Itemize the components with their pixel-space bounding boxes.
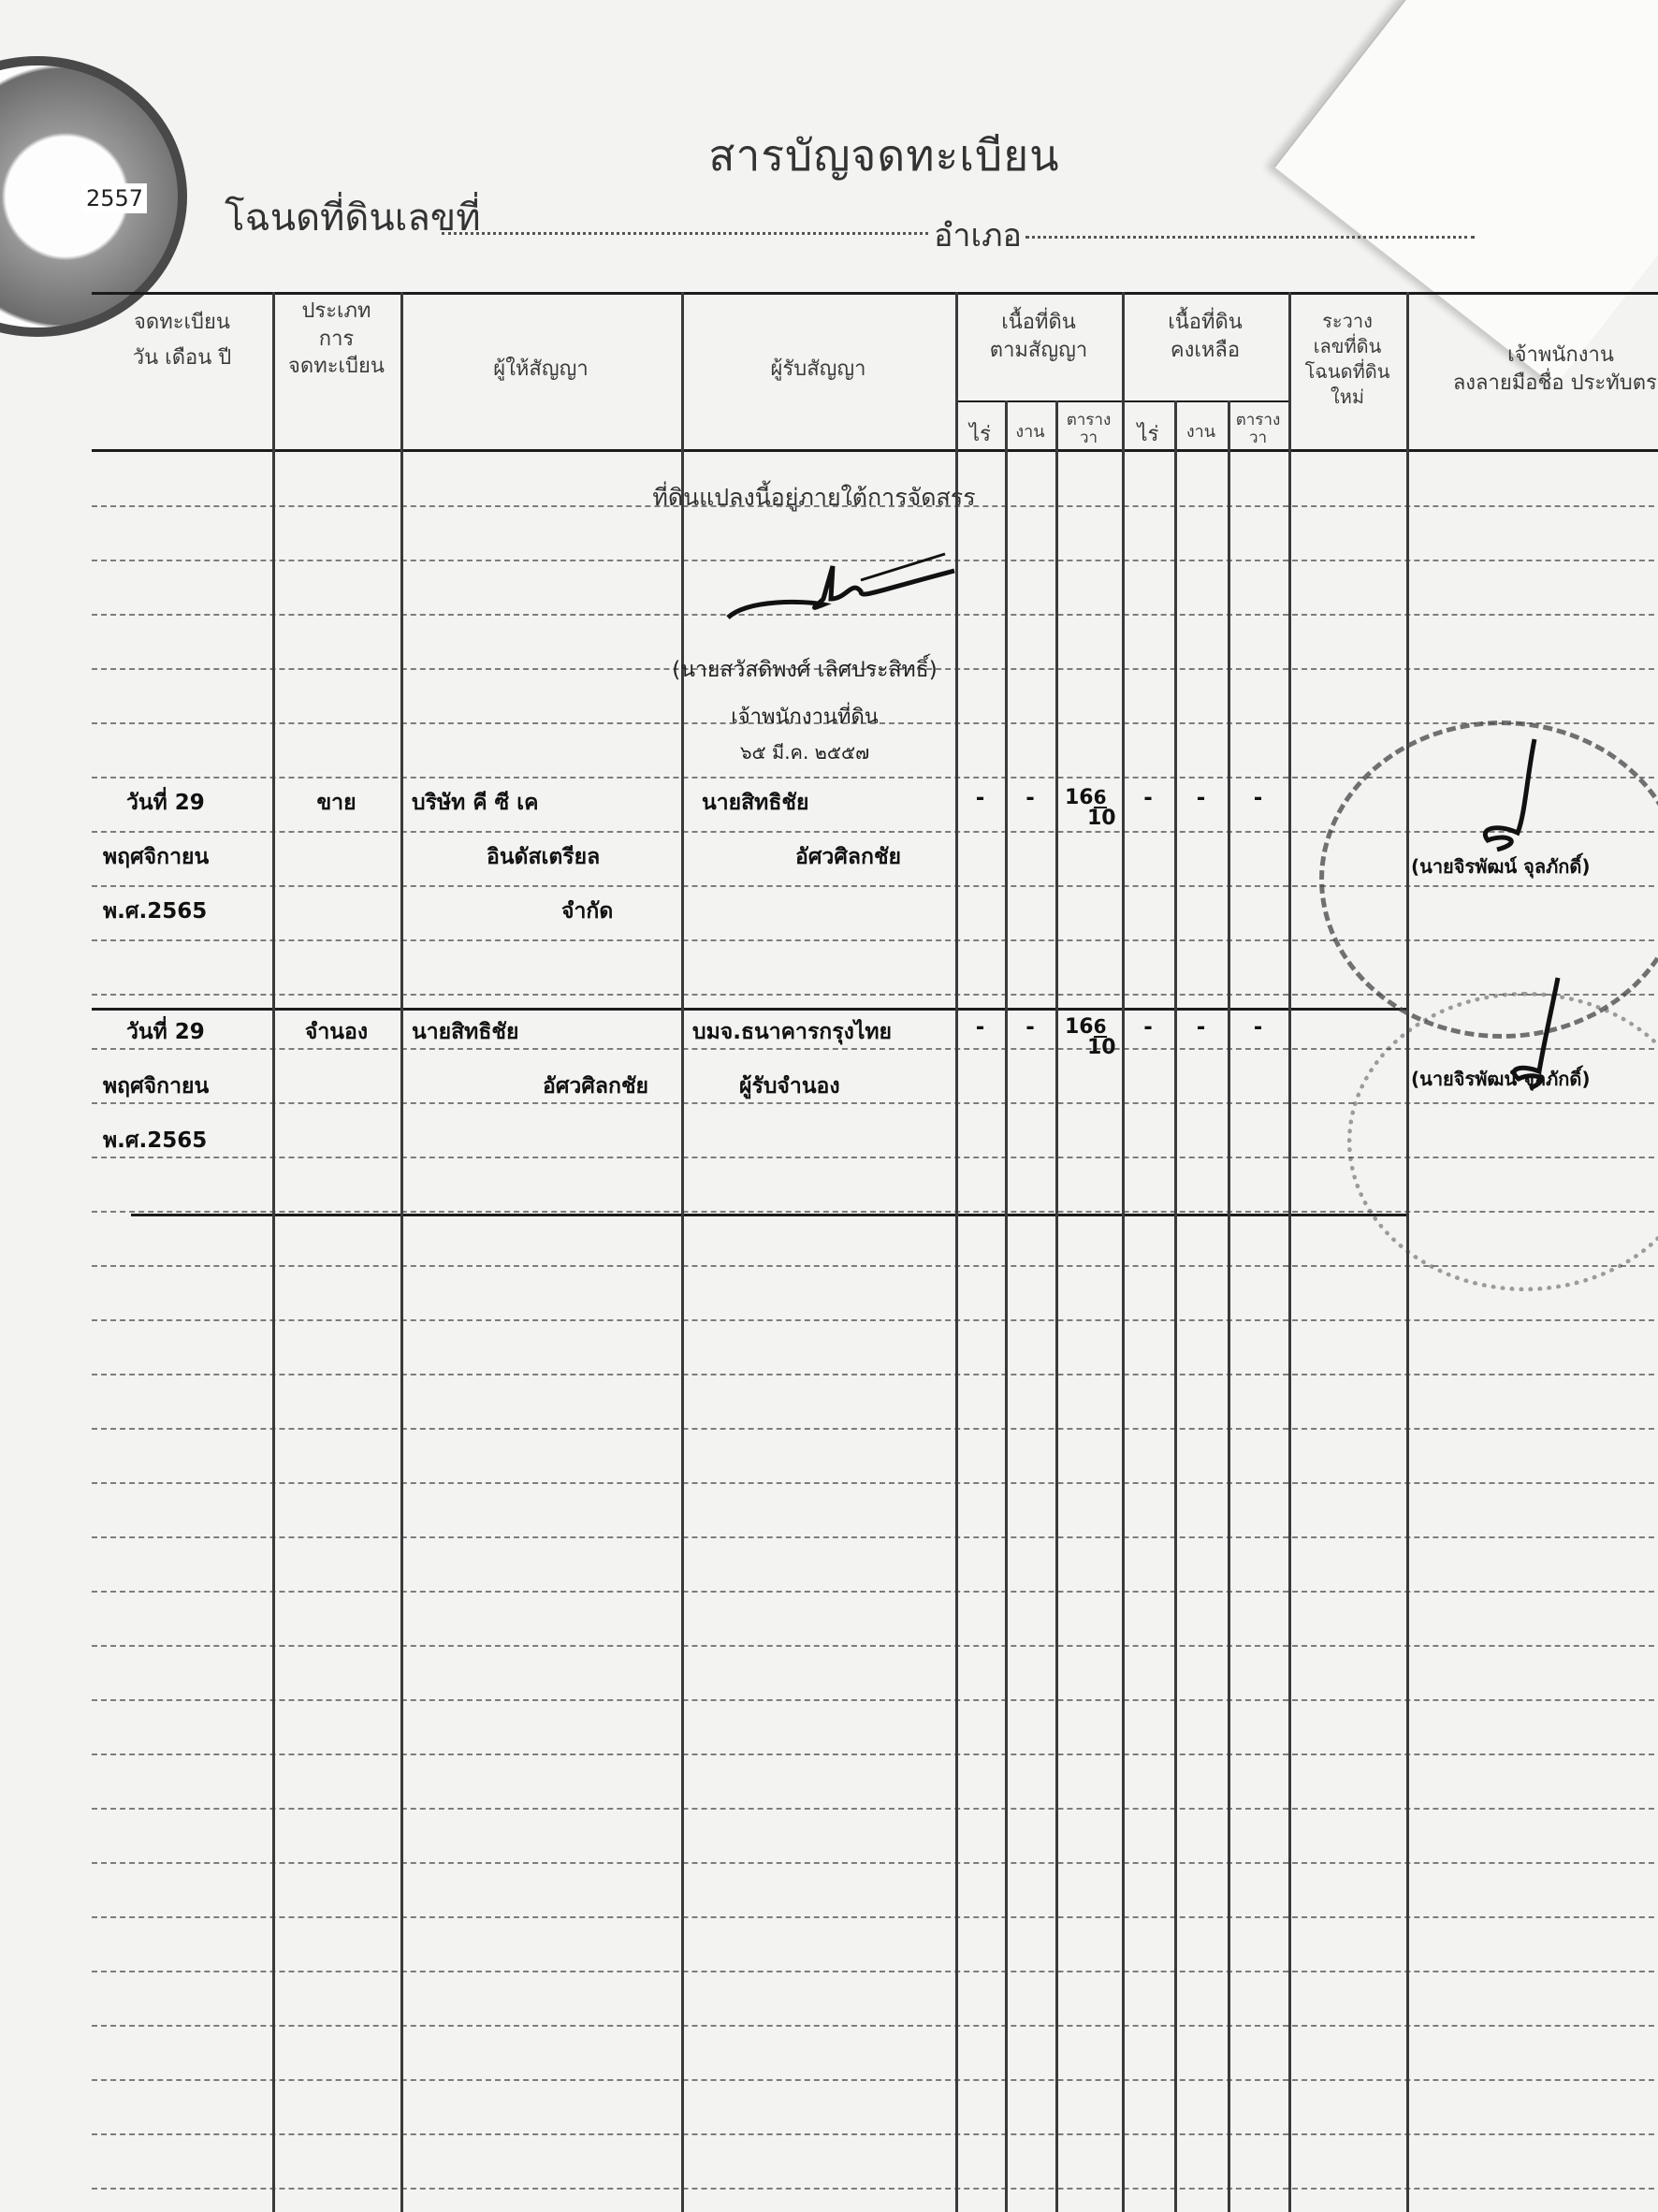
col-header-plot-line1: ระวาง bbox=[1288, 309, 1406, 334]
allocation-note: ที่ดินแปลงนี้อยู่ภายใต้การจัดสรร bbox=[618, 479, 1011, 517]
col-header-officer: เจ้าพนักงาน ลงลายมือชื่อ ประทับตรา bbox=[1406, 342, 1658, 397]
unit-rai-contract: ไร่ bbox=[955, 421, 1005, 449]
entry-area-rai: - bbox=[955, 786, 1005, 810]
column-divider bbox=[1122, 292, 1125, 2212]
unit-rai-remaining: ไร่ bbox=[1122, 421, 1174, 449]
col-header-date-line1: จดทะเบียน bbox=[92, 309, 272, 337]
ruled-line bbox=[92, 2079, 1658, 2081]
entry-remaining-wa: - bbox=[1228, 786, 1288, 810]
col-header-type-line3: จดทะเบียน bbox=[272, 353, 400, 381]
entry-remaining-ngan: - bbox=[1174, 786, 1228, 810]
ruled-line bbox=[92, 1591, 1658, 1593]
header-bottom-border bbox=[92, 449, 1658, 452]
entry-area-wa: 16610 bbox=[1065, 1017, 1116, 1058]
ruled-line bbox=[92, 2188, 1658, 2190]
deed-number-field bbox=[442, 232, 928, 235]
entry-date: พฤศจิกายน bbox=[103, 1070, 209, 1103]
entry-date: พ.ศ.2565 bbox=[103, 895, 207, 928]
column-divider bbox=[681, 292, 684, 2212]
entry-grantor: นายสิทธิชัย bbox=[412, 1015, 518, 1049]
ruled-line bbox=[92, 1482, 1658, 1484]
column-divider bbox=[400, 292, 403, 2212]
entry-remaining-ngan: - bbox=[1174, 1015, 1228, 1040]
column-divider bbox=[1055, 400, 1058, 2212]
col-header-type-line1: ประเภท bbox=[272, 298, 400, 326]
ruled-line bbox=[92, 1645, 1658, 1647]
col-header-type-line2: การ bbox=[272, 326, 400, 354]
district-field bbox=[1025, 236, 1475, 239]
col-header-plot: ระวาง เลขที่ดิน โฉนดที่ดิน ใหม่ bbox=[1288, 309, 1406, 410]
entry-grantee: อัศวศิลกชัย bbox=[795, 840, 901, 874]
wa-fraction-numerator: 6 bbox=[1094, 1017, 1107, 1038]
land-officer-date: ๖๕ มี.ค. ๒๕๕๗ bbox=[636, 737, 973, 767]
unit-ngan-remaining: งาน bbox=[1174, 421, 1228, 444]
entry-remaining-wa: - bbox=[1228, 1015, 1288, 1040]
entry-grantee: นายสิทธิชัย bbox=[702, 786, 808, 820]
page-title: สารบัญจดทะเบียน bbox=[0, 122, 1658, 190]
entry-grantor: บริษัท คี ซี เค bbox=[412, 786, 539, 820]
entry-date: วันที่ 29 bbox=[126, 1015, 205, 1049]
wa-fraction-denominator: 10 bbox=[1087, 1038, 1116, 1058]
col-header-plot-line2: เลขที่ดิน bbox=[1288, 334, 1406, 359]
wa-fraction-numerator: 6 bbox=[1094, 788, 1107, 808]
col-header-grantor: ผู้ให้สัญญา bbox=[400, 356, 681, 384]
officer-signature-icon-2 bbox=[1492, 978, 1605, 1090]
entry-grantor: อัศวศิลกชัย bbox=[543, 1070, 648, 1103]
entry-grantor: จำกัด bbox=[561, 895, 613, 928]
officer-signature-icon bbox=[1460, 739, 1572, 851]
col-header-area-contract: เนื้อที่ดิน ตามสัญญา bbox=[955, 309, 1122, 364]
land-officer-name: (นายสวัสดิพงศ์ เลิศประสิทธิ์) bbox=[636, 653, 973, 687]
entry-area-ngan: - bbox=[1005, 786, 1055, 810]
ruled-line bbox=[92, 1265, 1658, 1267]
column-divider bbox=[1005, 400, 1008, 2212]
col-header-plot-line4: ใหม่ bbox=[1288, 385, 1406, 410]
col-header-area-remaining-line2: คงเหลือ bbox=[1122, 337, 1288, 365]
ruled-line bbox=[92, 1536, 1658, 1538]
entry-remaining-rai: - bbox=[1122, 786, 1174, 810]
ruled-line bbox=[92, 1319, 1658, 1321]
entry-type: ขาย bbox=[272, 786, 400, 820]
table-top-border bbox=[92, 292, 1658, 295]
col-header-date: จดทะเบียน วัน เดือน ปี bbox=[92, 309, 272, 371]
ruled-line bbox=[92, 1808, 1658, 1810]
section-separator bbox=[131, 1214, 1406, 1216]
entry-type: จำนอง bbox=[272, 1015, 400, 1049]
column-divider bbox=[1174, 400, 1177, 2212]
ruled-line bbox=[92, 1754, 1658, 1755]
ruled-line bbox=[92, 1699, 1658, 1701]
entry-grantee: บมจ.ธนาคารกรุงไทย bbox=[692, 1015, 892, 1049]
unit-wa-contract: ตาราง วา bbox=[1055, 412, 1122, 446]
col-header-area-remaining: เนื้อที่ดิน คงเหลือ bbox=[1122, 309, 1288, 364]
col-header-officer-line2: ลงลายมือชื่อ ประทับตรา bbox=[1406, 370, 1658, 398]
column-divider bbox=[1228, 400, 1230, 2212]
district-label: อำเภอ bbox=[934, 210, 1022, 260]
col-header-type: ประเภท การ จดทะเบียน bbox=[272, 298, 400, 381]
entry-grantee: ผู้รับจำนอง bbox=[739, 1070, 840, 1103]
ruled-line bbox=[92, 1971, 1658, 1972]
ruled-line bbox=[92, 2133, 1658, 2135]
col-header-officer-line1: เจ้าพนักงาน bbox=[1406, 342, 1658, 370]
col-header-date-line2: วัน เดือน ปี bbox=[92, 344, 272, 372]
deed-number-label: โฉนดที่ดินเลขที่ bbox=[225, 187, 481, 247]
land-officer-signature-icon bbox=[720, 543, 964, 636]
col-header-grantee: ผู้รับสัญญา bbox=[681, 356, 955, 384]
entry-separator bbox=[92, 1008, 1406, 1011]
ruled-line bbox=[92, 1428, 1658, 1430]
entry-date: วันที่ 29 bbox=[126, 786, 205, 820]
unit-ngan-contract: งาน bbox=[1005, 421, 1055, 444]
entry-area-ngan: - bbox=[1005, 1015, 1055, 1040]
wa-fraction-denominator: 10 bbox=[1087, 808, 1116, 829]
entry-area-rai: - bbox=[955, 1015, 1005, 1040]
land-officer-title: เจ้าพนักงานที่ดิน bbox=[636, 700, 973, 733]
entry-grantor: อินดัสเตรียล bbox=[487, 840, 600, 874]
col-header-area-contract-line1: เนื้อที่ดิน bbox=[955, 309, 1122, 337]
ruled-line bbox=[92, 1862, 1658, 1864]
entry-area-wa: 16610 bbox=[1065, 788, 1116, 829]
unit-wa-remaining: ตาราง วา bbox=[1228, 412, 1288, 446]
ruled-line bbox=[92, 2025, 1658, 2027]
column-divider bbox=[272, 292, 275, 2212]
col-header-area-contract-line2: ตามสัญญา bbox=[955, 337, 1122, 365]
ruled-line bbox=[92, 1916, 1658, 1918]
col-header-plot-line3: โฉนดที่ดิน bbox=[1288, 359, 1406, 385]
entry-date: พฤศจิกายน bbox=[103, 840, 209, 874]
ruled-line bbox=[92, 1374, 1658, 1375]
column-divider bbox=[1288, 292, 1291, 2212]
entry-remaining-rai: - bbox=[1122, 1015, 1174, 1040]
entry-date: พ.ศ.2565 bbox=[103, 1124, 207, 1157]
col-header-area-remaining-line1: เนื้อที่ดิน bbox=[1122, 309, 1288, 337]
